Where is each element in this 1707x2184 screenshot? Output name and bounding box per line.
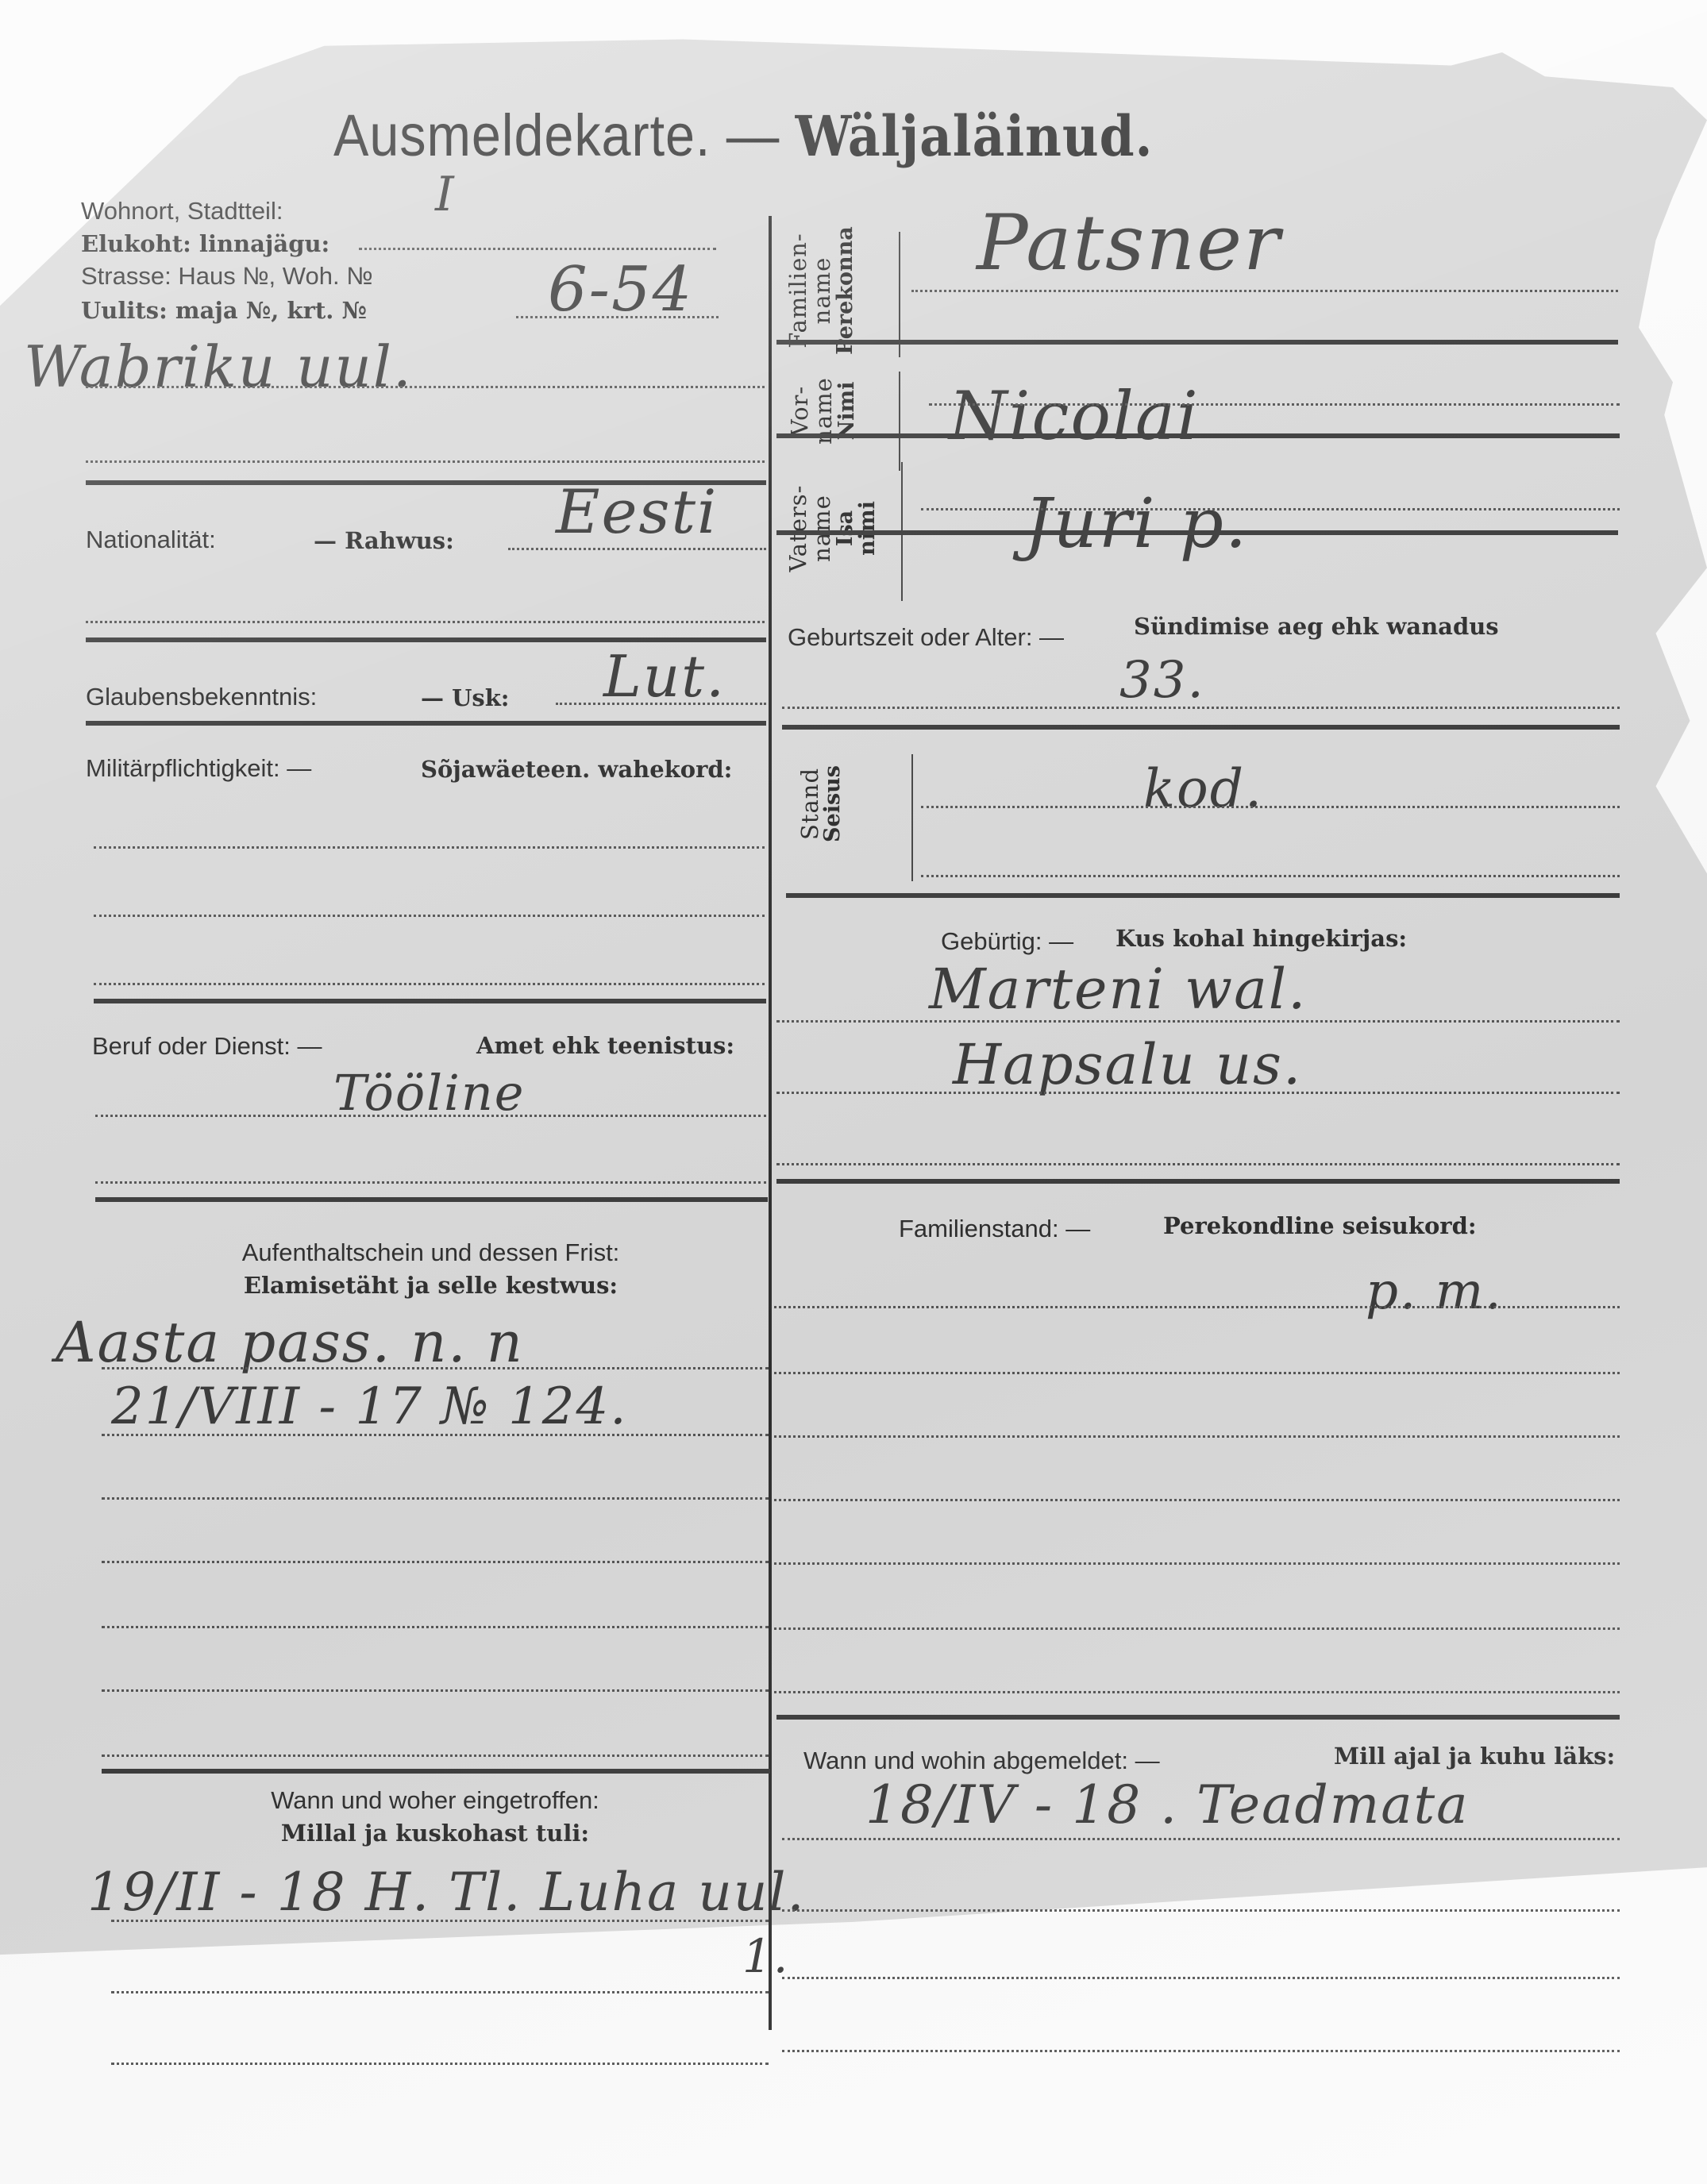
section-rule: [776, 530, 1618, 535]
title-dash: —: [726, 102, 780, 168]
nationality-field-line-2: [86, 621, 765, 623]
street-field-line-2: [86, 460, 765, 463]
section-rule: [776, 340, 1618, 345]
residence-field-line-7: [102, 1755, 769, 1757]
nationality-value[interactable]: Eesti: [556, 476, 718, 547]
family-status-label-et: Perekondline seisukord:: [1163, 1212, 1477, 1239]
residence-field-line-3: [102, 1497, 769, 1500]
departure-value[interactable]: 18/IV - 18 . Teadmata: [865, 1774, 1470, 1835]
nationality-label-de: Nationalität:: [86, 526, 216, 554]
title-estonian: Wäljaläinud.: [796, 103, 1154, 169]
father-name-value[interactable]: Juri p.: [1024, 484, 1248, 564]
departure-label-et: Mill ajal ja kuhu läks:: [1334, 1743, 1615, 1770]
status-label-divider: [911, 754, 913, 881]
occupation-field-line: [95, 1115, 766, 1117]
residence-field-line-5: [102, 1626, 769, 1628]
family-status-label-de: Familienstand: —: [899, 1215, 1090, 1243]
district-label-de: Wohnort, Stadtteil:: [81, 197, 283, 225]
residence-field-line-2: [102, 1434, 769, 1436]
street-field-line: [86, 386, 765, 388]
departure-field-line-1: [782, 1838, 1620, 1840]
birthplace-value-line1[interactable]: Marteni wal.: [929, 957, 1307, 1022]
section-rule: [776, 433, 1620, 438]
father-name-label: Vaters- name Isa nimi: [786, 455, 880, 602]
occupation-value[interactable]: Tööline: [333, 1064, 525, 1122]
status-field-line-2: [921, 875, 1620, 877]
birthplace-label-et: Kus kohal hingekirjas:: [1116, 925, 1407, 952]
arrival-label-et: Millal ja kuskohast tuli:: [102, 1820, 769, 1847]
departure-field-line-2: [782, 1909, 1620, 1912]
residence-field-line-1: [102, 1367, 769, 1369]
street-label-et: Uulits: maja №, krt. №: [81, 297, 367, 324]
section-rule: [776, 1179, 1620, 1184]
family-status-field-line-2: [774, 1372, 1620, 1374]
surname-value[interactable]: Patsner: [977, 198, 1281, 287]
birth-label-de: Geburtszeit oder Alter: —: [788, 623, 1064, 652]
section-rule: [102, 1769, 770, 1774]
family-status-field-line-6: [774, 1627, 1620, 1630]
column-divider: [769, 216, 772, 2030]
arrival-label-de: Wann und woher eingetroffen:: [102, 1786, 769, 1815]
surname-label-divider: [899, 232, 900, 357]
family-status-field-line-1: [774, 1306, 1620, 1308]
residence-label-et: Elamisetäht ja selle kestwus:: [95, 1272, 766, 1299]
father-name-field-line: [921, 508, 1620, 510]
family-status-field-line-5: [774, 1562, 1620, 1565]
residence-field-line-4: [102, 1561, 769, 1563]
arrival-field-line-2: [111, 1991, 769, 1993]
birthplace-field-line-3: [776, 1163, 1620, 1165]
district-value[interactable]: I: [435, 167, 456, 222]
status-label: Stand Seisus: [798, 754, 845, 853]
section-rule: [95, 1197, 768, 1202]
form-title: Ausmeldekarte. — Wäljaläinud.: [333, 102, 1153, 169]
residence-value-line2[interactable]: 21/VIII - 17 № 124.: [111, 1377, 628, 1436]
occupation-label-et: Amet ehk teenistus:: [476, 1032, 734, 1059]
departure-field-line-3: [782, 1977, 1620, 1979]
first-name-label-divider: [899, 372, 900, 471]
birth-label-et: Sündimise aeg ehk wanadus: [1134, 613, 1499, 640]
section-rule: [776, 1715, 1620, 1720]
section-rule: [782, 725, 1620, 730]
birthplace-field-line-2: [776, 1092, 1620, 1094]
family-status-field-line-3: [774, 1435, 1620, 1438]
district-label-et: Elukoht: linnajägu:: [81, 230, 329, 257]
title-german: Ausmeldekarte.: [333, 102, 711, 168]
birth-value[interactable]: 33.: [1119, 651, 1205, 710]
arrival-field-line-3: [111, 2063, 769, 2065]
arrival-value-line1[interactable]: 19/II - 18 H. Tl. Luha uul.: [87, 1862, 805, 1923]
district-field-line: [359, 248, 716, 250]
status-value[interactable]: kod.: [1143, 758, 1263, 819]
nationality-label-et: — Rahwus:: [314, 527, 454, 554]
occupation-label-de: Beruf oder Dienst: —: [92, 1032, 322, 1061]
birthplace-label-de: Gebürtig: —: [941, 927, 1073, 956]
departure-field-line-4: [782, 2050, 1620, 2052]
military-label-et: Sõjawäeteen. wahekord:: [421, 756, 732, 783]
first-name-field-line: [929, 403, 1620, 406]
section-rule: [86, 637, 766, 642]
residence-label-de: Aufenthaltschein und dessen Frist:: [95, 1238, 766, 1267]
arrival-value-line2[interactable]: 1.: [742, 1929, 789, 1983]
first-name-label: Vor- name Nimi: [788, 357, 858, 464]
street-value[interactable]: Wabriku uul.: [24, 333, 413, 400]
house-number-value[interactable]: 6-54: [548, 254, 693, 325]
family-status-value[interactable]: p. m.: [1366, 1262, 1503, 1321]
family-status-field-line-4: [774, 1499, 1620, 1501]
military-field-line-1: [94, 846, 765, 849]
section-rule: [94, 999, 766, 1003]
residence-field-line-6: [102, 1689, 769, 1692]
section-rule: [786, 893, 1620, 898]
street-label-de: Strasse: Haus №, Woh. №: [81, 262, 372, 291]
religion-label-de: Glaubensbekenntnis:: [86, 683, 317, 711]
birth-field-line: [782, 707, 1620, 709]
surname-field-line: [911, 290, 1618, 292]
section-rule: [86, 721, 766, 726]
arrival-field-line-1: [111, 1920, 769, 1922]
family-status-field-line-7: [774, 1691, 1620, 1693]
first-name-value[interactable]: Nicolai: [949, 377, 1200, 455]
military-field-line-2: [94, 915, 765, 917]
military-field-line-3: [94, 983, 765, 985]
nationality-field-line: [508, 548, 766, 550]
religion-value[interactable]: Lut.: [603, 643, 726, 710]
departure-label-de: Wann und wohin abgemeldet: —: [803, 1747, 1160, 1775]
residence-value-line1[interactable]: Aasta pass. n. n: [56, 1310, 524, 1375]
house-field-line: [516, 316, 719, 318]
birthplace-value-line2[interactable]: Hapsalu us.: [953, 1032, 1302, 1097]
birthplace-field-line-1: [776, 1020, 1620, 1023]
military-label-de: Militärpflichtigkeit: —: [86, 754, 311, 783]
occupation-field-line-2: [95, 1181, 766, 1184]
religion-label-et: — Usk:: [421, 684, 510, 711]
status-field-line-1: [921, 806, 1620, 808]
religion-field-line: [556, 703, 766, 705]
